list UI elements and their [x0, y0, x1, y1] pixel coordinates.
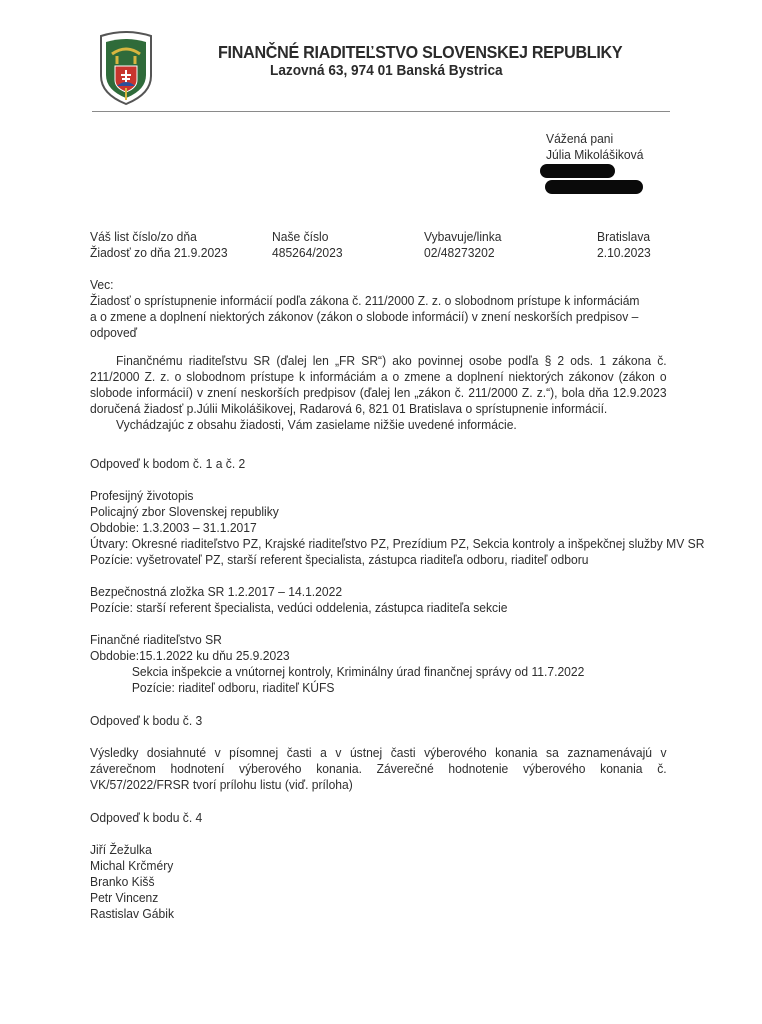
subject-line: Žiadosť o sprístupnenie informácií podľa… [90, 293, 639, 309]
cv-employer: Finančné riaditeľstvo SR [90, 632, 584, 648]
recipient-salutation: Vážená pani [546, 131, 643, 147]
reference-value: Žiadosť zo dňa 21.9.2023 [90, 245, 228, 261]
cv-employer: Bezpečnostná zložka SR 1.2.2017 – 14.1.2… [90, 584, 507, 600]
cv-positions: Pozície: riaditeľ odboru, riaditeľ KÚFS [90, 680, 584, 696]
cv-period: Obdobie:15.1.2022 ku dňu 25.9.2023 [90, 648, 584, 664]
answer-4-heading: Odpoveď k bodu č. 4 [90, 810, 202, 826]
subject-label: Vec: [90, 277, 639, 293]
committee-member: Rastislav Gábik [90, 906, 174, 922]
subject-line: odpoveď [90, 325, 639, 341]
reference-value: 02/48273202 [424, 245, 502, 261]
reference-label: Bratislava [597, 229, 651, 245]
recipient-block: Vážená pani Júlia Mikolášiková [546, 131, 643, 163]
cv-units: Sekcia inšpekcie a vnútornej kontroly, K… [90, 664, 584, 680]
committee-member: Michal Krčméry [90, 858, 174, 874]
cv-units: Útvary: Okresné riaditeľstvo PZ, Krajské… [90, 536, 704, 552]
reference-your-letter: Váš list číslo/zo dňa Žiadosť zo dňa 21.… [90, 229, 228, 261]
cv-period: Obdobie: 1.3.2003 – 31.1.2017 [90, 520, 704, 536]
reference-label: Vybavuje/linka [424, 229, 502, 245]
redacted-address-line-2 [545, 180, 643, 194]
cv-title: Profesijný životopis [90, 488, 704, 504]
cv-security-block: Bezpečnostná zložka SR 1.2.2017 – 14.1.2… [90, 584, 507, 616]
header-divider [92, 111, 670, 112]
cv-employer: Policajný zbor Slovenskej republiky [90, 504, 704, 520]
committee-member: Petr Vincenz [90, 890, 174, 906]
intro-paragraph: Finančnému riaditeľstvu SR (ďalej len „F… [90, 353, 667, 417]
answer-3-block: Výsledky dosiahnuté v písomnej časti a v… [90, 745, 667, 793]
organization-name: FINANČNÉ RIADITEĽSTVO SLOVENSKEJ REPUBLI… [218, 42, 622, 63]
committee-names-list: Jiří Žežulka Michal Krčméry Branko Kišš … [90, 842, 174, 922]
committee-member: Jiří Žežulka [90, 842, 174, 858]
subject-block: Vec: Žiadosť o sprístupnenie informácií … [90, 277, 639, 341]
intro-block: Finančnému riaditeľstvu SR (ďalej len „F… [90, 353, 667, 433]
reference-value: 2.10.2023 [597, 245, 651, 261]
redacted-address-line-1 [540, 164, 615, 178]
reference-place-date: Bratislava 2.10.2023 [597, 229, 651, 261]
answer-3-text: Výsledky dosiahnuté v písomnej časti a v… [90, 745, 667, 793]
answer-1-2-heading: Odpoveď k bodom č. 1 a č. 2 [90, 456, 245, 472]
committee-member: Branko Kišš [90, 874, 174, 890]
financna-sprava-emblem-icon [97, 30, 155, 106]
answer-3-heading: Odpoveď k bodu č. 3 [90, 713, 202, 729]
recipient-name: Júlia Mikolášiková [546, 147, 643, 163]
reference-our-number: Naše číslo 485264/2023 [272, 229, 343, 261]
intro-paragraph: Vychádzajúc z obsahu žiadosti, Vám zasie… [90, 417, 667, 433]
reference-handled-by: Vybavuje/linka 02/48273202 [424, 229, 502, 261]
subject-line: a o zmene a doplnení niektorých zákonov … [90, 309, 639, 325]
reference-label: Váš list číslo/zo dňa [90, 229, 228, 245]
cv-financial-block: Finančné riaditeľstvo SR Obdobie:15.1.20… [90, 632, 584, 696]
cv-police-block: Profesijný životopis Policajný zbor Slov… [90, 488, 704, 568]
organization-address: Lazovná 63, 974 01 Banská Bystrica [270, 63, 503, 79]
reference-value: 485264/2023 [272, 245, 343, 261]
cv-positions: Pozície: vyšetrovateľ PZ, starší referen… [90, 552, 704, 568]
cv-positions: Pozície: starší referent špecialista, ve… [90, 600, 507, 616]
reference-label: Naše číslo [272, 229, 343, 245]
